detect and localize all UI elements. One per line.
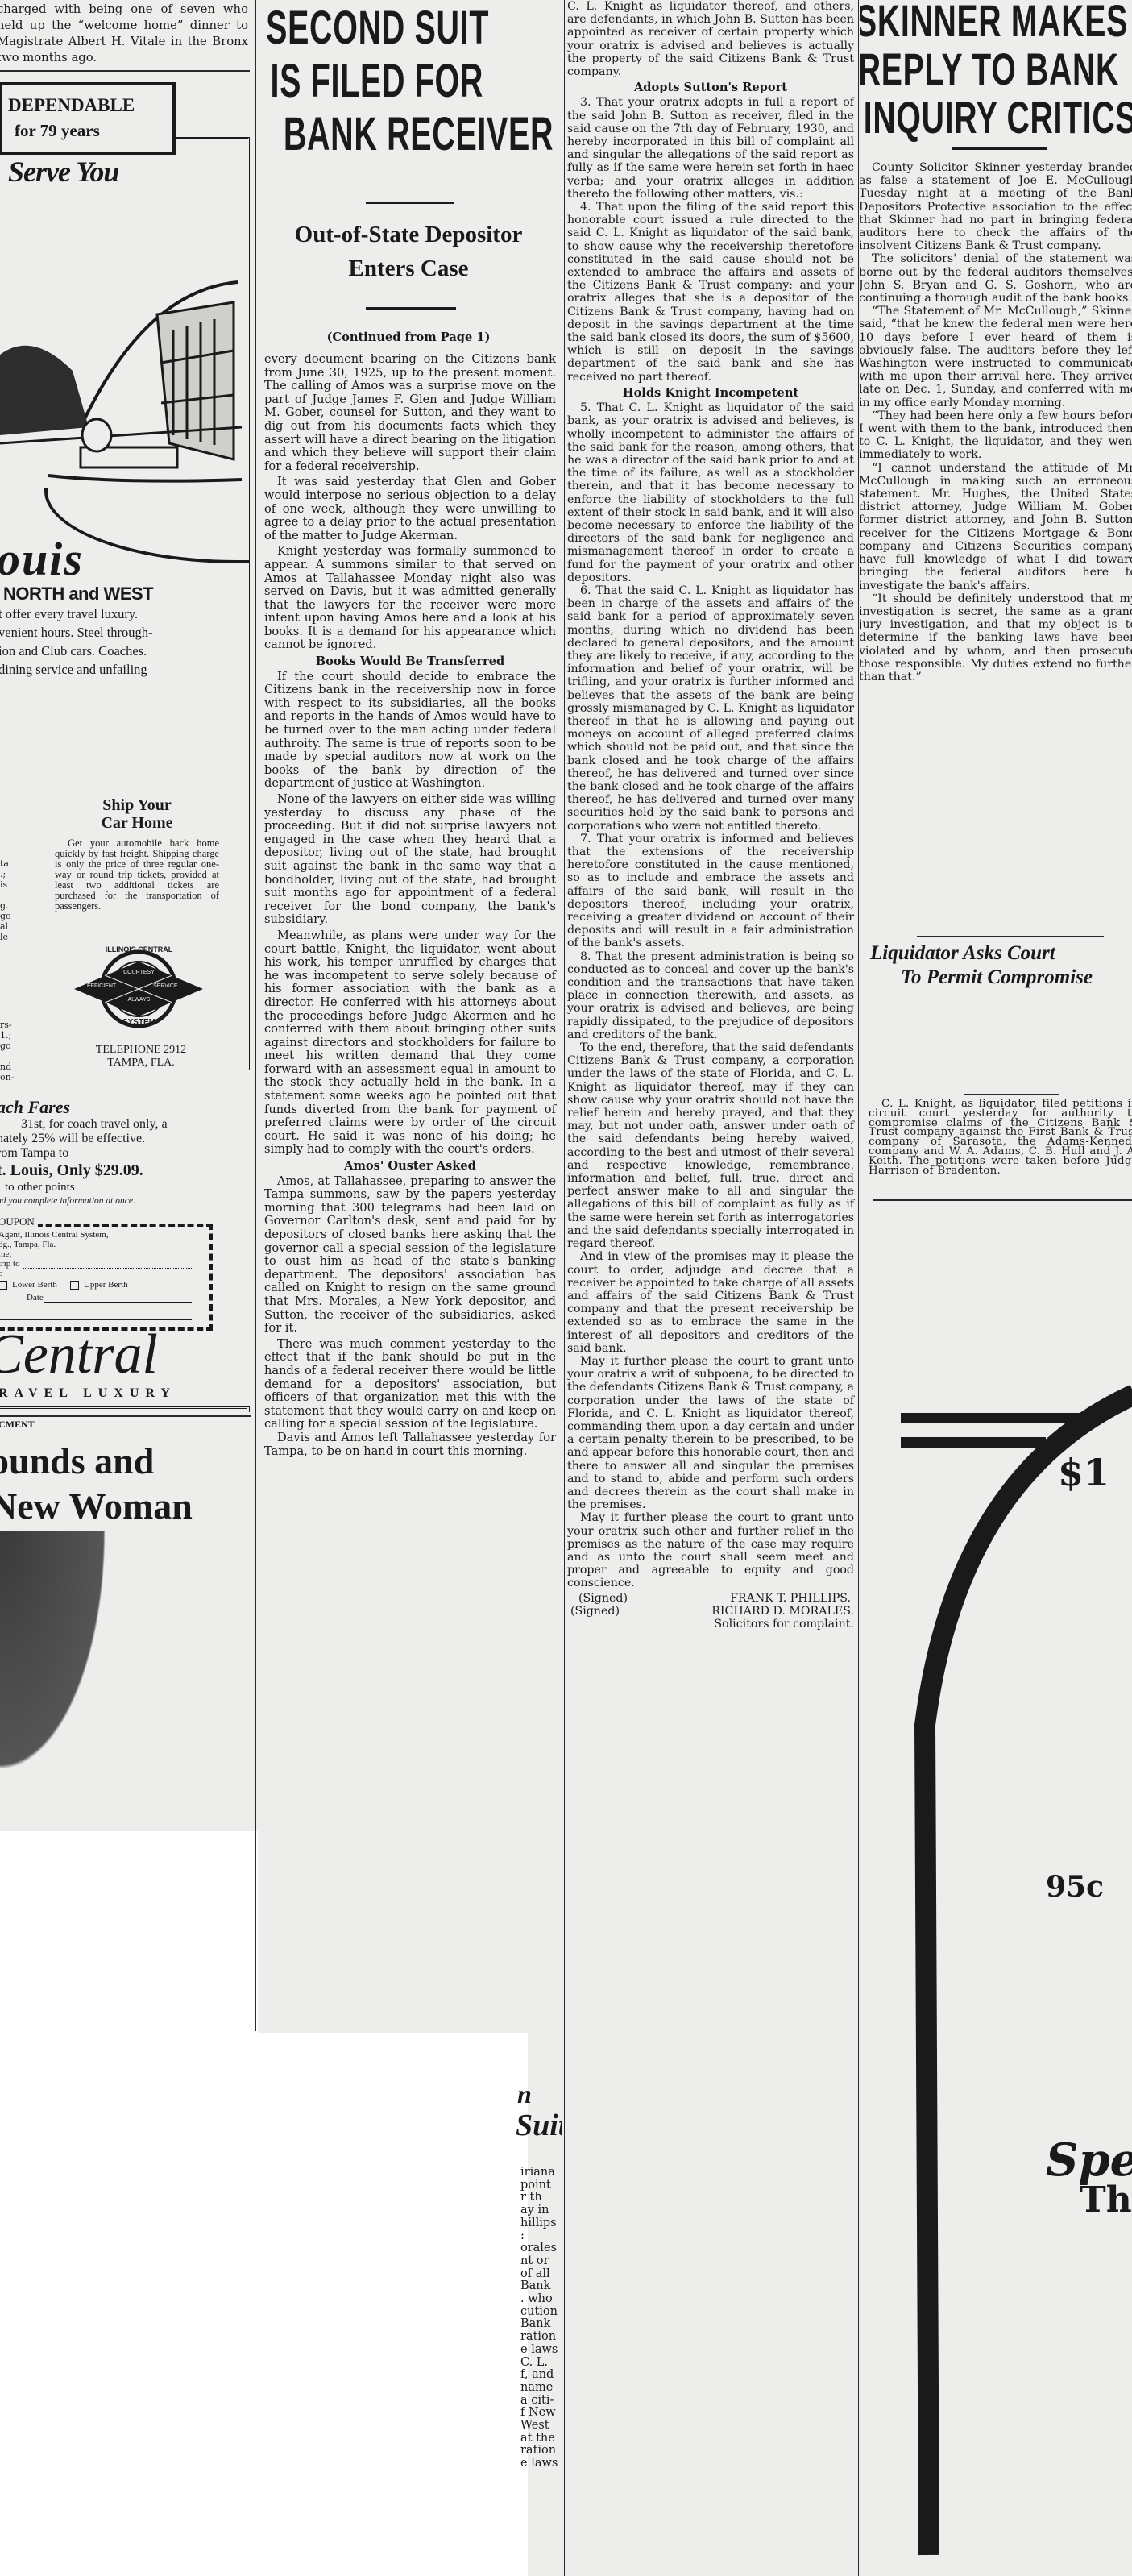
logo-service: SERVICE bbox=[153, 983, 178, 989]
left-fragments-2: rs- 1.; go nd on- bbox=[0, 1020, 11, 1082]
coupon-date-field[interactable]: Date bbox=[0, 1293, 192, 1303]
paragraph: May it further please the court to grant… bbox=[567, 1355, 854, 1511]
partial-headline-1: n bbox=[517, 2079, 532, 2109]
headline-line-1: Liquidator Asks Court bbox=[870, 941, 1132, 966]
deck-line-2: Enters Case bbox=[263, 251, 554, 285]
main-story-body-2: C. L. Knight as liquidator thereof, and … bbox=[567, 0, 854, 1631]
divider bbox=[0, 1435, 251, 1435]
main-deck: Out-of-State Depositor Enters Case bbox=[263, 218, 554, 285]
story-divider bbox=[964, 1094, 1059, 1095]
ad-body-line: t offer every travel luxury. bbox=[0, 605, 214, 623]
paragraph: There was much comment yesterday to the … bbox=[264, 1338, 556, 1431]
fragment: .; bbox=[0, 869, 11, 879]
paragraph: The solicitors' denial of the statement … bbox=[860, 252, 1132, 305]
fragment: cution bbox=[520, 2306, 562, 2319]
fragment: nd bbox=[0, 1062, 11, 1072]
fares-line: to other points bbox=[0, 1180, 226, 1195]
headline-rule bbox=[952, 147, 1047, 150]
telephone-city: TAMPA, FLA. bbox=[64, 1057, 218, 1070]
partial-headline-2: Suit bbox=[516, 2108, 562, 2143]
fragment: a citi- bbox=[520, 2395, 562, 2408]
telephone: TELEPHONE 2912 TAMPA, FLA. bbox=[64, 1044, 218, 1070]
ad-label: CMENT bbox=[0, 1419, 35, 1431]
fares-block: ach Fares 31st, for coach travel only, a… bbox=[0, 1098, 226, 1207]
ad-bottom-border bbox=[0, 1406, 250, 1412]
illinois-central-logo-icon: ILLINOIS CENTRAL COURTESY EFFICIENT SERV… bbox=[73, 947, 205, 1032]
paragraph: C. L. Knight, as liquidator, filed petit… bbox=[869, 1099, 1132, 1175]
ad-body-line: ion and Club cars. Coaches. bbox=[0, 642, 214, 660]
upper-berth-label: Upper Berth bbox=[84, 1280, 128, 1290]
logo-efficient: EFFICIENT bbox=[87, 983, 116, 989]
subhead-ouster: Amos' Ouster Asked bbox=[264, 1160, 556, 1174]
skinner-headline: SKINNER MAKES REPLY TO BANK INQUIRY CRIT… bbox=[860, 0, 1132, 142]
paragraph: To the end, therefore, that the said def… bbox=[567, 1041, 854, 1250]
paragraph: Knight yesterday was formally summoned t… bbox=[264, 545, 556, 652]
ad-tagline: Serve You bbox=[8, 155, 118, 189]
paragraph: Amos, at Tallahassee, preparing to answe… bbox=[264, 1175, 556, 1336]
paragraph: C. L. Knight as liquidator thereof, and … bbox=[567, 0, 854, 78]
telephone-number: TELEPHONE 2912 bbox=[64, 1044, 218, 1057]
headline-line-2: REPLY TO BANK bbox=[860, 45, 1132, 93]
main-headline: SECOND SUIT IS FILED FOR BANK RECEIVER bbox=[263, 2, 554, 161]
fragment: hillips bbox=[520, 2217, 562, 2230]
fragment: Bank bbox=[520, 2318, 562, 2331]
signer-name: FRANK T. PHILLIPS. bbox=[730, 1592, 851, 1605]
divider bbox=[0, 1415, 251, 1417]
ad-body: t offer every travel luxury. venient hou… bbox=[0, 605, 214, 679]
fragment: C. L. bbox=[520, 2357, 562, 2370]
fragment: ta bbox=[0, 858, 11, 869]
headline-line-1: SECOND SUIT bbox=[263, 2, 554, 55]
column-rule-1 bbox=[255, 0, 256, 2031]
brand-script: Central bbox=[0, 1326, 158, 1384]
signature-line: (Signed) FRANK T. PHILLIPS. bbox=[567, 1592, 854, 1605]
price-script: Spe bbox=[1046, 2136, 1132, 2184]
ad-body-line: dining service and unfailing bbox=[0, 660, 214, 679]
fragment: go bbox=[0, 1041, 11, 1051]
liquidator-headline: Liquidator Asks Court To Permit Compromi… bbox=[870, 941, 1132, 990]
main-story-body-1: every document bearing on the Citizens b… bbox=[264, 353, 556, 1458]
skinner-body: County Solicitor Skinner yesterday brand… bbox=[860, 161, 1132, 683]
headline-line-3: BANK RECEIVER bbox=[263, 108, 554, 161]
fragment: of all bbox=[520, 2268, 562, 2281]
deck-line-1: Out-of-State Depositor bbox=[263, 218, 554, 251]
coupon-trip-field[interactable]: trip to bbox=[0, 1259, 192, 1269]
paragraph: Davis and Amos left Tallahassee yesterda… bbox=[264, 1431, 556, 1458]
paragraph: 5. That C. L. Knight as liquidator of th… bbox=[567, 401, 854, 584]
subhead-holds: Holds Knight Incompetent bbox=[567, 387, 854, 400]
coupon-date-label: Date bbox=[27, 1293, 44, 1303]
coupon-label: OUPON bbox=[0, 1215, 38, 1228]
coupon-line bbox=[0, 1311, 192, 1320]
fragment: . who bbox=[520, 2293, 562, 2306]
fares-line: nately 25% will be effective. bbox=[0, 1132, 226, 1146]
continued-line: (Continued from Page 1) bbox=[263, 330, 554, 344]
ad-headline: ounds and New Woman bbox=[0, 1439, 251, 1529]
coupon-line bbox=[0, 1303, 192, 1311]
price-main: $1 bbox=[1058, 1451, 1109, 1494]
coupon-to-label: o bbox=[0, 1269, 3, 1278]
fragment: al bbox=[0, 921, 11, 932]
fragment: go bbox=[0, 911, 11, 921]
paragraph: 7. That your oratrix is informed and bel… bbox=[567, 833, 854, 950]
liquidator-body: C. L. Knight, as liquidator, filed petit… bbox=[869, 1099, 1132, 1175]
paragraph: 6. That the said C. L. Knight as liquida… bbox=[567, 584, 854, 833]
coupon-bldg: dg., Tampa, Fla. bbox=[0, 1240, 192, 1249]
paragraph: County Solicitor Skinner yesterday brand… bbox=[860, 161, 1132, 252]
paragraph: “It should be definitely understood that… bbox=[860, 592, 1132, 683]
paragraph: 3. That your oratrix adopts in full a re… bbox=[567, 96, 854, 201]
headline-line-1: SKINNER MAKES bbox=[860, 0, 1132, 45]
fares-heading: ach Fares bbox=[0, 1098, 226, 1117]
scan-gap-center bbox=[258, 2033, 528, 2576]
signature-block: (Signed) FRANK T. PHILLIPS. (Signed) RIC… bbox=[567, 1592, 854, 1631]
fragment: is bbox=[0, 879, 11, 890]
divider bbox=[0, 70, 250, 72]
paragraph: 4. That upon the filing of the said repo… bbox=[567, 201, 854, 384]
fragment: orales bbox=[520, 2242, 562, 2255]
building-illustration-icon bbox=[0, 242, 248, 484]
partial-story: n Suit iriana point r th ay in hillips :… bbox=[500, 2043, 562, 2576]
fares-line: 31st, for coach travel only, a bbox=[0, 1117, 226, 1132]
paragraph: “They had been here only a few hours bef… bbox=[860, 409, 1132, 462]
paragraph: 8. That the present administration is be… bbox=[567, 950, 854, 1041]
badge-line-1: DEPENDABLE bbox=[8, 95, 135, 116]
coupon-body: Agent, Illinois Central System, dg., Tam… bbox=[0, 1230, 192, 1320]
logo-courtesy: COURTESY bbox=[117, 970, 161, 975]
signature-line: (Signed) RICHARD D. MORALES. bbox=[567, 1605, 854, 1618]
price-bottom: Th bbox=[1080, 2180, 1132, 2221]
paragraph: every document bearing on the Citizens b… bbox=[264, 353, 556, 473]
fragment: : bbox=[520, 2230, 562, 2243]
deck-rule bbox=[366, 307, 456, 310]
subhead-adopts: Adopts Sutton's Report bbox=[567, 81, 854, 94]
ship-heading-2: Car Home bbox=[52, 814, 222, 832]
fragment: g. bbox=[0, 900, 11, 911]
badge-line-2: for 79 years bbox=[15, 121, 100, 141]
logo-always: ALWAYS bbox=[117, 997, 161, 1003]
paragraph: Meanwhile, as plans were under way for t… bbox=[264, 929, 556, 1157]
left-fragments: ta .; is g. go al le bbox=[0, 858, 11, 942]
fragment: name bbox=[520, 2382, 562, 2395]
fragment: on- bbox=[0, 1072, 11, 1082]
coupon: OUPON Agent, Illinois Central System, dg… bbox=[0, 1224, 213, 1331]
main-story-column-2: C. L. Knight as liquidator thereof, and … bbox=[567, 0, 856, 2576]
lower-berth-checkbox[interactable] bbox=[0, 1281, 7, 1290]
coupon-to-field[interactable]: o bbox=[0, 1269, 192, 1278]
ad-headline-line-1: ounds and bbox=[0, 1439, 251, 1484]
price-sub: 95c bbox=[1046, 1870, 1104, 1904]
fares-line: nd you complete information at once. bbox=[0, 1195, 226, 1207]
ad-body-line: venient hours. Steel through- bbox=[0, 623, 214, 642]
brand-tagline: RAVEL LUXURY bbox=[0, 1386, 176, 1401]
fragment: r th bbox=[520, 2192, 562, 2204]
coupon-trip-label: trip to bbox=[0, 1259, 20, 1269]
ship-body: Get your automobile back home quickly by… bbox=[55, 838, 219, 912]
coupon-agent: Agent, Illinois Central System, bbox=[0, 1230, 192, 1240]
story-divider bbox=[917, 936, 1104, 937]
fragment: e laws bbox=[520, 2344, 562, 2357]
logo-ring-bottom: SYSTEM bbox=[109, 1018, 169, 1027]
main-story-column-1: SECOND SUIT IS FILED FOR BANK RECEIVER O… bbox=[263, 0, 561, 2039]
fragment: e laws bbox=[520, 2458, 562, 2470]
woman-portrait-halftone bbox=[0, 1531, 133, 1831]
route-label: NORTH and WEST bbox=[3, 584, 153, 605]
coupon-name: me: bbox=[0, 1249, 192, 1259]
ship-heading-1: Ship Your bbox=[52, 796, 222, 814]
paragraph: May it further please the court to grant… bbox=[567, 1511, 854, 1589]
fragment: f New bbox=[520, 2407, 562, 2420]
right-column: SKINNER MAKES REPLY TO BANK INQUIRY CRIT… bbox=[860, 0, 1132, 2576]
paragraph: “I cannot understand the attitude of Mr.… bbox=[860, 462, 1132, 592]
headline-line-2: IS FILED FOR bbox=[263, 55, 554, 108]
subhead-books: Books Would Be Transferred bbox=[264, 655, 556, 669]
fares-line: rom Tampa to bbox=[0, 1146, 226, 1161]
paragraph: And in view of the promises may it pleas… bbox=[567, 1250, 854, 1355]
fragment: rs- bbox=[0, 1020, 11, 1030]
fragment: at the bbox=[520, 2433, 562, 2445]
partial-fragments: iriana point r th ay in hillips : orales… bbox=[520, 2167, 562, 2470]
divider bbox=[873, 1199, 1132, 1201]
top-story-tail: charged with being one of seven who held… bbox=[0, 2, 248, 66]
signature-role: Solicitors for complaint. bbox=[567, 1618, 854, 1631]
scan-gap-left bbox=[0, 1831, 258, 2576]
fragment: 1.; bbox=[0, 1030, 11, 1041]
fragment: ay in bbox=[520, 2204, 562, 2217]
fragment: nt or bbox=[520, 2255, 562, 2268]
left-column: charged with being one of seven who held… bbox=[0, 0, 251, 1831]
headline-line-3: INQUIRY CRITICS bbox=[860, 93, 1132, 142]
fragment: le bbox=[0, 932, 11, 942]
ad-headline-line-2: New Woman bbox=[0, 1484, 251, 1529]
paragraph: It was said yesterday that Glen and Gobe… bbox=[264, 476, 556, 542]
column-rule-3 bbox=[858, 0, 859, 2576]
paragraph: If the court should decide to embrace th… bbox=[264, 671, 556, 791]
paragraph: None of the lawyers on either side was w… bbox=[264, 793, 556, 927]
headline-line-2: To Permit Compromise bbox=[870, 966, 1132, 990]
city-script: ouis bbox=[0, 532, 84, 586]
railroad-ad: DEPENDABLE for 79 years Serve You ouis N… bbox=[0, 81, 251, 1556]
lower-berth-label: Lower Berth bbox=[12, 1280, 57, 1290]
dependable-badge: DEPENDABLE for 79 years bbox=[0, 82, 176, 155]
paragraph: “The Statement of Mr. McCullough,” Skinn… bbox=[860, 305, 1132, 409]
upper-berth-checkbox[interactable] bbox=[70, 1281, 79, 1290]
fares-price: t. Louis, Only $29.09. bbox=[0, 1161, 226, 1180]
headline-rule bbox=[366, 202, 454, 204]
logo-ring-top: ILLINOIS CENTRAL bbox=[97, 945, 181, 954]
signed-label: (Signed) bbox=[578, 1592, 628, 1605]
fragment: ration bbox=[520, 2445, 562, 2458]
berth-options: Lower Berth Upper Berth bbox=[0, 1280, 192, 1290]
fragment: Bank bbox=[520, 2280, 562, 2293]
signed-label: (Signed) bbox=[570, 1605, 620, 1618]
column-rule-2 bbox=[564, 0, 565, 2576]
fragment: West bbox=[520, 2420, 562, 2433]
fragment: ration bbox=[520, 2331, 562, 2344]
fragment: point bbox=[520, 2179, 562, 2192]
signer-name: RICHARD D. MORALES. bbox=[711, 1605, 854, 1618]
ship-heading: Ship Your Car Home bbox=[52, 796, 222, 832]
fragment: iriana bbox=[520, 2167, 562, 2179]
fragment: f, and bbox=[520, 2369, 562, 2382]
